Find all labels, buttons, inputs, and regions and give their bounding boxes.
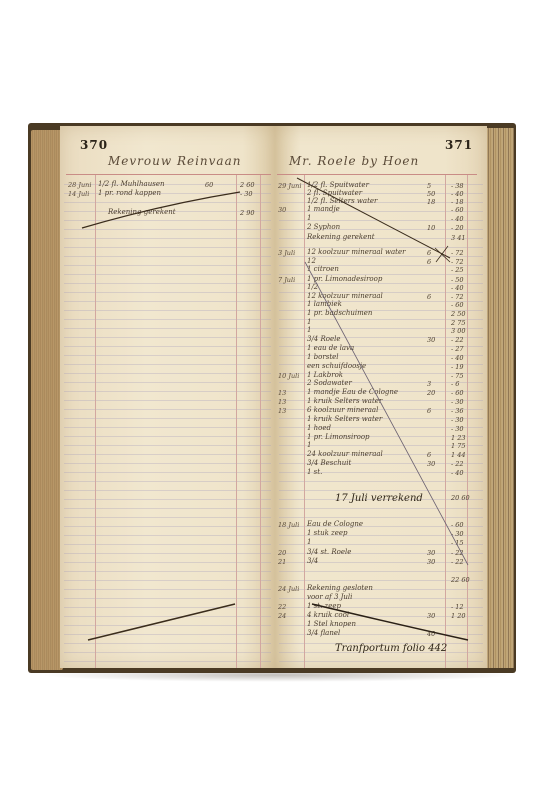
entry-qty: 40 (427, 630, 435, 638)
entry-description: 17 Juli verrekend (335, 493, 423, 504)
entry-qty: 30 (427, 336, 435, 344)
entry-amount: - 18 (451, 198, 464, 206)
entry-description: 1 st. (307, 468, 322, 477)
entry-amount: - 60 (451, 206, 464, 214)
entry-amount: - 22 (451, 460, 464, 468)
entry-amount: - 40 (451, 354, 464, 362)
ruled-line (279, 508, 483, 509)
entry-description: 1 eau de lava (307, 344, 354, 353)
account-heading: Mr. Roele by Hoen (289, 154, 419, 168)
entry-description: 1 lambiek (307, 300, 342, 309)
entry-amount: - 72 (451, 249, 464, 257)
entry-amount: 1 75 (451, 442, 465, 450)
entry-date: 14 Juli (68, 190, 89, 198)
amount-column-rule (445, 175, 446, 668)
entry-amount: 1 23 (451, 434, 465, 442)
entry-qty: 6 (427, 451, 431, 459)
entry-description: 3/4 (307, 557, 318, 566)
entry-description: 3/4 Beschuit (307, 459, 351, 468)
cents-column-rule (260, 175, 261, 668)
entry-description: 1 citroen (307, 265, 339, 274)
entry-description: 1 pr. Limonadesiroop (307, 275, 382, 284)
entry-amount: - 30 (451, 398, 464, 406)
entry-amount: 2 50 (451, 310, 465, 318)
entry-qty: 30 (427, 460, 435, 468)
entry-description: Rekening gerekent (108, 208, 176, 217)
entry-amount: 3 00 (451, 327, 465, 335)
entry-description: 1 mandje Eau de Cologne (307, 388, 398, 397)
cents-column-rule (467, 175, 468, 668)
account-heading: Mevrouw Reinvaan (108, 154, 241, 168)
entry-qty: 30 (427, 549, 435, 557)
entry-description: 1 (307, 538, 311, 547)
left-page: 370 Mevrouw Reinvaan 28 Juni 1/2 fl. Muh… (60, 126, 275, 668)
entry-amount: - 60 (451, 521, 464, 529)
entry-amount: - 72 (451, 258, 464, 266)
entry-amount: - 40 (451, 469, 464, 477)
entry-description: voor af 3 Juli (307, 593, 352, 602)
entry-amount: 20 60 (451, 494, 470, 502)
entry-description: Tranfportum folio 442 (335, 643, 447, 654)
entry-description: een schuifdoosje (307, 362, 366, 371)
entry-description: 1 kruik Selters water (307, 397, 382, 406)
entry-amount: - 30 (240, 190, 253, 198)
entry-date: 30 (278, 206, 286, 214)
entry-description: 1 kruik Selters water (307, 415, 382, 424)
entry-description: 1 pr. rond kappen (98, 189, 161, 198)
entry-amount: 1 44 (451, 451, 465, 459)
entry-description: Eau de Cologne (307, 520, 363, 529)
entry-amount: 3 41 (451, 234, 465, 242)
entry-date: 24 Juli (278, 585, 299, 593)
entry-amount: - 6 (451, 380, 459, 388)
entry-amount: - 36 (451, 407, 464, 415)
entry-amount: - 22 (451, 558, 464, 566)
entry-qty: 50 (427, 190, 435, 198)
entry-date: 20 (278, 549, 286, 557)
entry-date: 22 (278, 603, 286, 611)
date-column-rule (304, 175, 305, 668)
entry-amount: - 30 (451, 425, 464, 433)
entry-description: 2 Syphon (307, 223, 340, 232)
entry-date: 21 (278, 558, 286, 566)
entry-qty: 10 (427, 224, 435, 232)
entry-description: 1 (307, 441, 311, 450)
entry-amount: - 30 (451, 416, 464, 424)
entry-description: 1 borstel (307, 353, 339, 362)
entry-description: 1 (307, 326, 311, 335)
amount-column-rule (236, 175, 237, 668)
entry-qty: 6 (427, 258, 431, 266)
entry-description: 1 pr. Limonsiroop (307, 433, 370, 442)
entry-description: 12 koolzuur mineraal water (307, 248, 405, 257)
left-page-stack (31, 130, 63, 670)
page-number: 370 (80, 138, 108, 152)
entry-description: 1 pr. badschuimen (307, 309, 372, 318)
entry-qty: 20 (427, 389, 435, 397)
entry-amount: - 75 (451, 372, 464, 380)
entry-amount: - 72 (451, 293, 464, 301)
entry-amount: 2 60 (240, 181, 254, 189)
entry-date: 24 (278, 612, 286, 620)
entry-qty: 3 (427, 380, 431, 388)
entry-amount: - 22 (451, 336, 464, 344)
entry-amount: 1 20 (451, 612, 465, 620)
entry-description: 3/4 st. Roele (307, 548, 351, 557)
entry-description: Rekening gesloten (307, 584, 373, 593)
entry-qty: 60 (205, 181, 213, 189)
header-rule (66, 174, 271, 175)
entry-amount: - 20 (451, 224, 464, 232)
entry-amount: - 40 (451, 190, 464, 198)
header-rule (277, 174, 477, 175)
entry-description: 1 (307, 214, 311, 223)
entry-amount: - 19 (451, 363, 464, 371)
entry-amount: - 15 (451, 539, 464, 547)
entry-qty: 6 (427, 293, 431, 301)
entry-amount: - 60 (451, 389, 464, 397)
entry-qty: 30 (427, 612, 435, 620)
right-page: 371 Mr. Roele by Hoen 29 Juni1/2 fl. Spu… (275, 126, 487, 668)
entry-description: 1 stuk zeep (307, 529, 348, 538)
entry-date: 10 Juli (278, 372, 299, 380)
entry-amount: - 25 (451, 266, 464, 274)
entry-amount: - 30 (451, 530, 464, 538)
entry-amount: 2 75 (451, 319, 465, 327)
entry-description: 6 koolzuur mineraal (307, 406, 378, 415)
ruled-line (279, 661, 483, 662)
entry-description: 3/4 Roele (307, 335, 341, 344)
entry-date: 18 Juli (278, 521, 299, 529)
entry-description: 24 koolzuur mineraal (307, 450, 383, 459)
right-page-stack (484, 128, 514, 668)
entry-description: Rekening gerekent (307, 233, 375, 242)
entry-description: 1/2 fl. Muhlhausen (98, 180, 164, 189)
entry-date: 29 Juni (278, 182, 301, 190)
entry-description: 1 Stel knopen (307, 620, 356, 629)
ruled-line (279, 517, 483, 518)
entry-amount: - 22 (451, 549, 464, 557)
entry-amount: 2 90 (240, 209, 254, 217)
entry-date: 13 (278, 398, 286, 406)
entry-amount: - 50 (451, 276, 464, 284)
entry-description: 1/2 (307, 283, 318, 292)
entry-description: 4 kruik cool (307, 611, 349, 620)
entry-amount: 22 60 (451, 576, 470, 584)
entry-amount: - 27 (451, 345, 464, 353)
entry-qty: 6 (427, 407, 431, 415)
entry-amount: - 12 (451, 603, 464, 611)
entry-qty: 6 (427, 249, 431, 257)
ruled-line (279, 571, 483, 572)
entry-description: 1 mandje (307, 205, 340, 214)
page-number: 371 (445, 138, 473, 152)
date-column-rule (95, 175, 96, 668)
entry-amount: - 40 (451, 215, 464, 223)
entry-description: 1 hoed (307, 424, 331, 433)
entry-date: 3 Juli (278, 249, 295, 257)
entry-date: 13 (278, 407, 286, 415)
entry-date: 7 Juli (278, 276, 295, 284)
entry-qty: 5 (427, 182, 431, 190)
entry-description: 3/4 flanel (307, 629, 340, 638)
entry-description: 2 Sodawater (307, 379, 352, 388)
entry-amount: - 40 (451, 284, 464, 292)
entry-amount: - 38 (451, 182, 464, 190)
entry-date: 13 (278, 389, 286, 397)
entry-amount: - 60 (451, 301, 464, 309)
entry-date: 28 Juni (68, 181, 91, 189)
entry-qty: 18 (427, 198, 435, 206)
ruled-line (279, 481, 483, 482)
entry-description: 1 st. zeep (307, 602, 341, 611)
entry-qty: 30 (427, 558, 435, 566)
ruled-line (279, 490, 483, 491)
